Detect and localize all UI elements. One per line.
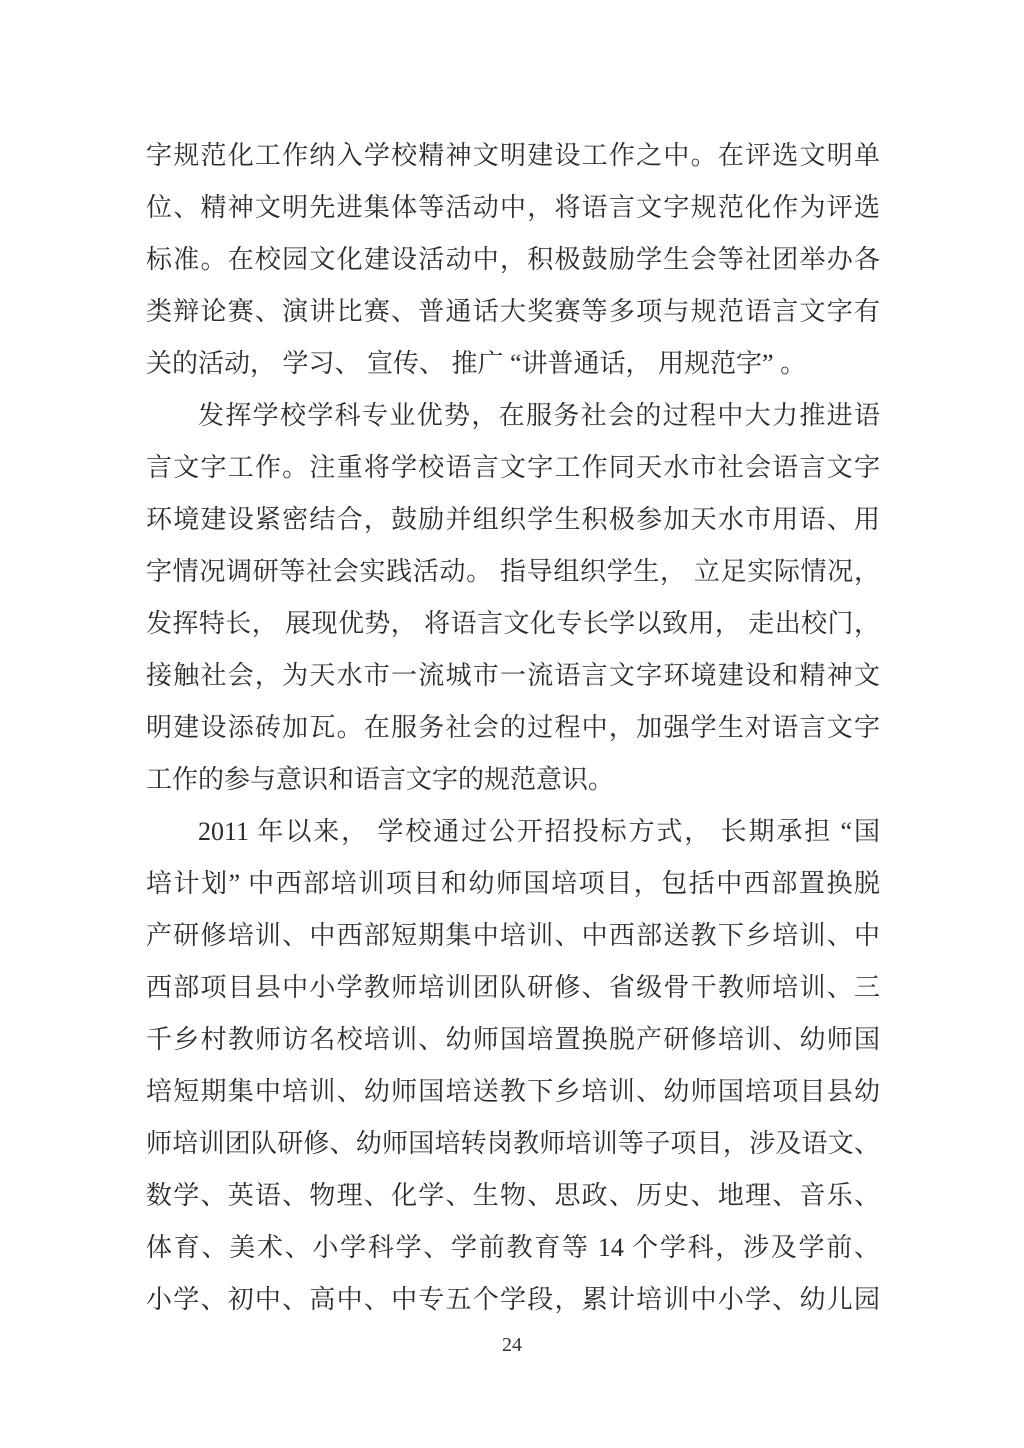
text-line: 发挥学校学科专业优势，在服务社会的过程中大力推进语 xyxy=(146,390,880,442)
text-block: 字规范化工作纳入学校精神文明建设工作之中。在评选文明单位、精神文明先进集体等活动… xyxy=(146,130,880,1326)
text-line: 字规范化工作纳入学校精神文明建设工作之中。在评选文明单 xyxy=(146,130,880,182)
text-line: 工作的参与意识和语言文字的规范意识。 xyxy=(146,754,880,806)
text-line: 标准。在校园文化建设活动中，积极鼓励学生会等社团举办各 xyxy=(146,234,880,286)
page-number: 24 xyxy=(0,1332,1024,1358)
text-line: 培短期集中培训、幼师国培送教下乡培训、幼师国培项目县幼 xyxy=(146,1066,880,1118)
text-line: 千乡村教师访名校培训、幼师国培置换脱产研修培训、幼师国 xyxy=(146,1014,880,1066)
text-line: 培计划” 中西部培训项目和幼师国培项目，包括中西部置换脱 xyxy=(146,858,880,910)
text-line: 产研修培训、中西部短期集中培训、中西部送教下乡培训、中 xyxy=(146,910,880,962)
text-line: 字情况调研等社会实践活动。 指导组织学生， 立足实际情况， xyxy=(146,546,880,598)
text-line: 2011 年以来， 学校通过公开招投标方式， 长期承担 “国 xyxy=(146,806,880,858)
text-line: 发挥特长， 展现优势， 将语言文化专长学以致用， 走出校门， xyxy=(146,598,880,650)
text-line: 关的活动， 学习、 宣传、 推广 “讲普通话， 用规范字” 。 xyxy=(146,338,880,390)
text-line: 环境建设紧密结合，鼓励并组织学生积极参加天水市用语、用 xyxy=(146,494,880,546)
text-line: 明建设添砖加瓦。在服务社会的过程中，加强学生对语言文字 xyxy=(146,702,880,754)
text-line: 言文字工作。注重将学校语言文字工作同天水市社会语言文字 xyxy=(146,442,880,494)
document-page: 字规范化工作纳入学校精神文明建设工作之中。在评选文明单位、精神文明先进集体等活动… xyxy=(0,0,1024,1448)
text-line: 小学、初中、高中、中专五个学段，累计培训中小学、幼儿园 xyxy=(146,1274,880,1326)
text-line: 西部项目县中小学教师培训团队研修、省级骨干教师培训、三 xyxy=(146,962,880,1014)
text-line: 数学、英语、物理、化学、生物、思政、历史、地理、音乐、 xyxy=(146,1170,880,1222)
text-line: 接触社会，为天水市一流城市一流语言文字环境建设和精神文 xyxy=(146,650,880,702)
text-line: 体育、美术、小学科学、学前教育等 14 个学科，涉及学前、 xyxy=(146,1222,880,1274)
text-line: 位、精神文明先进集体等活动中，将语言文字规范化作为评选 xyxy=(146,182,880,234)
text-line: 师培训团队研修、幼师国培转岗教师培训等子项目，涉及语文、 xyxy=(146,1118,880,1170)
text-line: 类辩论赛、演讲比赛、普通话大奖赛等多项与规范语言文字有 xyxy=(146,286,880,338)
